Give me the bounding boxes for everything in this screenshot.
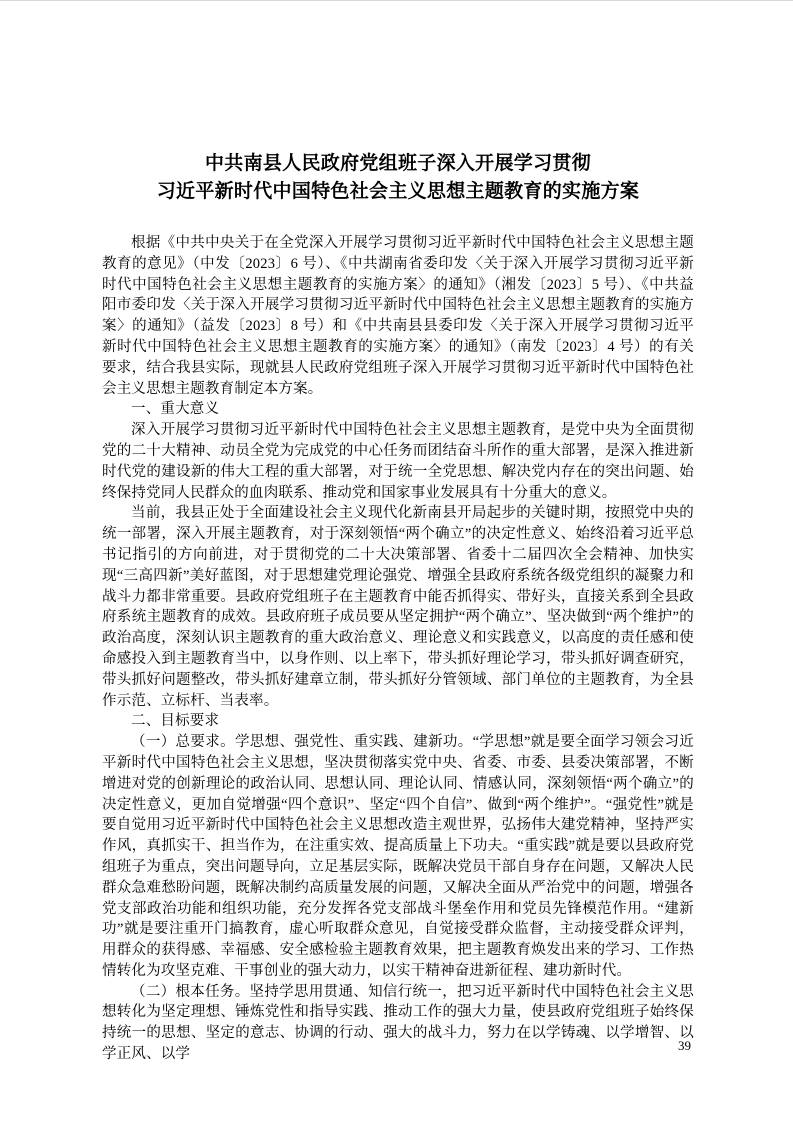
- document-page: 中共南县人民政府党组班子深入开展学习贯彻 习近平新时代中国特色社会主义思想主题教…: [0, 0, 793, 1122]
- paragraph-intro: 根据《中共中央关于在全党深入开展学习贯彻习近平新时代中国特色社会主义思想主题教育…: [102, 233, 694, 399]
- paragraph-current-situation: 当前，我县正处于全面建设社会主义现代化新南县开局起步的关键时期，按照党中央的统一…: [102, 503, 694, 711]
- document-body: 根据《中共中央关于在全党深入开展学习贯彻习近平新时代中国特色社会主义思想主题教育…: [102, 233, 694, 1065]
- paragraph-significance: 深入开展学习贯彻习近平新时代中国特色社会主义思想主题教育，是党中央为全面贯彻党的…: [102, 420, 694, 503]
- paragraph-fundamental-tasks: （二）根本任务。坚持学思用贯通、知信行统一，把习近平新时代中国特色社会主义思想转…: [102, 982, 694, 1065]
- document-title-line-2: 习近平新时代中国特色社会主义思想主题教育的实施方案: [102, 178, 694, 206]
- section-heading-1: 一、重大意义: [102, 399, 694, 420]
- section-heading-2: 二、目标要求: [102, 711, 694, 732]
- paragraph-general-requirements: （一）总要求。学思想、强党性、重实践、建新功。“学思想”就是要全面学习领会习近平…: [102, 732, 694, 982]
- document-title: 中共南县人民政府党组班子深入开展学习贯彻 习近平新时代中国特色社会主义思想主题教…: [102, 150, 694, 206]
- document-title-line-1: 中共南县人民政府党组班子深入开展学习贯彻: [102, 150, 694, 178]
- page-top-edge: [0, 0, 793, 1]
- page-number: 39: [678, 1038, 691, 1054]
- page-content: 中共南县人民政府党组班子深入开展学习贯彻 习近平新时代中国特色社会主义思想主题教…: [102, 150, 694, 1065]
